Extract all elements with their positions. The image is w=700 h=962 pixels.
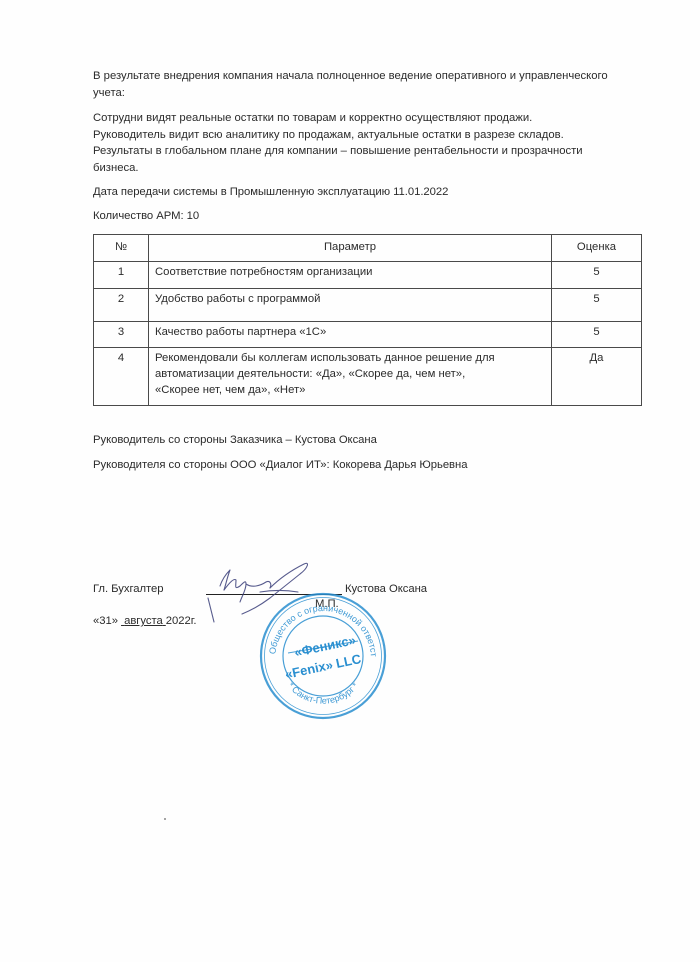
date-day: «31» <box>93 615 118 627</box>
row-score: 5 <box>552 322 642 348</box>
date-month: августа <box>121 615 166 627</box>
row-parameter: Качество работы партнера «1С» <box>149 322 552 348</box>
results-line: бизнеса. <box>93 160 638 177</box>
row-parameter: Рекомендовали бы коллегам использовать д… <box>149 348 552 406</box>
parameter-line: «Скорее нет, чем да», «Нет» <box>155 382 545 398</box>
contractor-manager: Руководителя со стороны ООО «Диалог ИТ»:… <box>93 457 467 474</box>
header-number: № <box>94 235 149 262</box>
row-score: 5 <box>552 262 642 289</box>
signing-date: «31» августа 2022г. <box>93 613 197 630</box>
evaluation-table: № Параметр Оценка 1 Соответствие потребн… <box>93 234 642 406</box>
table-row: 2 Удобство работы с программой 5 <box>94 289 642 322</box>
parameter-line: Рекомендовали бы коллегам использовать д… <box>155 350 545 366</box>
row-score: Да <box>552 348 642 406</box>
document-page: В результате внедрения компания начала п… <box>0 0 700 962</box>
table-row: 1 Соответствие потребностям организации … <box>94 262 642 289</box>
results-line: Сотрудни видят реальные остатки по товар… <box>93 110 638 127</box>
intro-line: учета: <box>93 85 638 102</box>
results-paragraph: Сотрудни видят реальные остатки по товар… <box>93 110 638 176</box>
scan-speck <box>164 818 166 820</box>
header-score: Оценка <box>552 235 642 262</box>
row-number: 2 <box>94 289 149 322</box>
row-score: 5 <box>552 289 642 322</box>
customer-manager: Руководитель со стороны Заказчика – Куст… <box>93 432 377 449</box>
table-header-row: № Параметр Оценка <box>94 235 642 262</box>
signer-role: Гл. Бухгалтер <box>93 581 164 598</box>
parameter-line: Соответствие потребностям организации <box>155 264 545 280</box>
parameter-line: Удобство работы с программой <box>155 291 545 307</box>
handwritten-signature <box>200 556 320 626</box>
table-row: 4 Рекомендовали бы коллегам использовать… <box>94 348 642 406</box>
results-line: Руководитель видит всю аналитику по прод… <box>93 127 638 144</box>
workstations-count: Количество АРМ: 10 <box>93 208 199 225</box>
parameter-line: автоматизации деятельности: «Да», «Скоре… <box>155 366 545 382</box>
row-number: 1 <box>94 262 149 289</box>
header-parameter: Параметр <box>149 235 552 262</box>
row-parameter: Удобство работы с программой <box>149 289 552 322</box>
intro-line: В результате внедрения компания начала п… <box>93 68 638 85</box>
stamp-outer-bottom-text: * Санкт-Петербург * <box>286 680 361 706</box>
results-line: Результаты в глобальном плане для компан… <box>93 143 638 160</box>
table-row: 3 Качество работы партнера «1С» 5 <box>94 322 642 348</box>
row-number: 3 <box>94 322 149 348</box>
date-year: 2022г. <box>166 615 197 627</box>
intro-paragraph: В результате внедрения компания начала п… <box>93 68 638 101</box>
row-parameter: Соответствие потребностям организации <box>149 262 552 289</box>
parameter-line: Качество работы партнера «1С» <box>155 324 545 340</box>
row-number: 4 <box>94 348 149 406</box>
handover-date: Дата передачи системы в Промышленную экс… <box>93 184 448 201</box>
